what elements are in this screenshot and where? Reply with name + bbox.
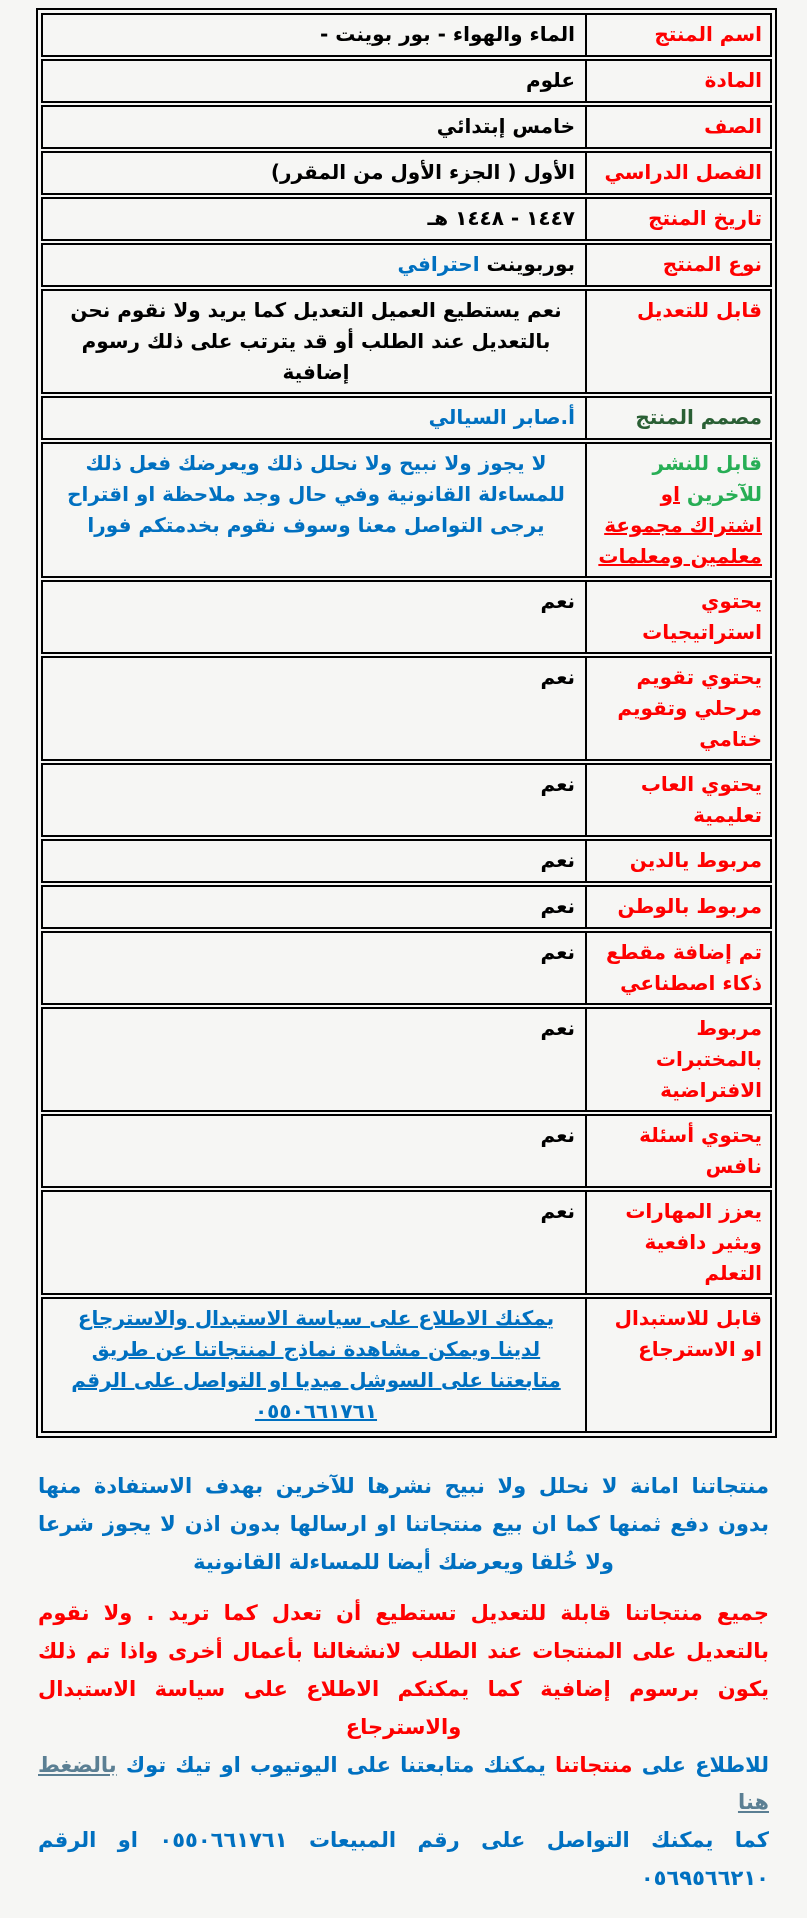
text-span: الأول ( الجزء الأول من المقرر) bbox=[271, 160, 575, 184]
row-value: نعم bbox=[43, 658, 585, 759]
table-row-14: مربوط بالوطن نعم bbox=[41, 885, 772, 929]
text-span: تاريخ المنتج bbox=[648, 206, 762, 230]
row-label: الصف bbox=[585, 107, 770, 147]
row-label: نوع المنتج bbox=[585, 245, 770, 285]
text-span: لا يجوز ولا نبيح ولا نحلل ذلك ويعرضك فعل… bbox=[67, 451, 565, 537]
row-value: الأول ( الجزء الأول من المقرر) bbox=[43, 153, 585, 193]
text-span: المادة bbox=[705, 68, 762, 92]
table-row-8: مصمم المنتج أ.صابر السيالي bbox=[41, 396, 772, 440]
footer-paragraph-ownership: منتجاتنا امانة لا نحلل ولا نبيح نشرها لل… bbox=[38, 1468, 769, 1581]
row-label: اسم المنتج bbox=[585, 15, 770, 55]
row-label: مربوط يالدين bbox=[585, 841, 770, 881]
row-value: ١٤٤٧ - ١٤٤٨ هـ bbox=[43, 199, 585, 239]
text-span: نعم bbox=[541, 1199, 575, 1223]
row-value: يمكنك الاطلاع على سياسة الاستبدال والاست… bbox=[43, 1299, 585, 1431]
row-value: بوربوينت احترافي bbox=[43, 245, 585, 285]
row-value: نعم bbox=[43, 841, 585, 881]
text-span: بوربوينت bbox=[480, 252, 575, 276]
table-row-18: يعزز المهارات ويثير دافعية التعلم نعم bbox=[41, 1190, 772, 1295]
table-row-15: تم إضافة مقطع ذكاء اصطناعي نعم bbox=[41, 931, 772, 1005]
table-row-11: يحتوي تقويم مرحلي وتقويم ختامي نعم bbox=[41, 656, 772, 761]
text-span: علوم bbox=[526, 68, 575, 92]
row-value: لا يجوز ولا نبيح ولا نحلل ذلك ويعرضك فعل… bbox=[43, 444, 585, 576]
text-span: يعزز المهارات ويثير دافعية التعلم bbox=[625, 1199, 762, 1285]
text-span: مصمم المنتج bbox=[635, 405, 762, 429]
text-span: نعم يستطيع العميل التعديل كما يريد ولا ن… bbox=[70, 298, 561, 384]
text-span: يحتوي العاب تعليمية bbox=[641, 772, 762, 827]
row-value: نعم bbox=[43, 933, 585, 1003]
row-label: مربوط بالمختبرات الافتراضية bbox=[585, 1009, 770, 1110]
text-span: ١٤٤٧ - ١٤٤٨ هـ bbox=[427, 206, 575, 230]
row-value: نعم bbox=[43, 887, 585, 927]
text-span: نعم bbox=[541, 894, 575, 918]
table-row-6: نوع المنتج بوربوينت احترافي bbox=[41, 243, 772, 287]
row-value: علوم bbox=[43, 61, 585, 101]
row-label: يحتوي العاب تعليمية bbox=[585, 765, 770, 835]
footer-paragraph-follow: للاطلاع على منتجاتنا يمكنك متابعتنا على … bbox=[38, 1747, 769, 1823]
page: اسم المنتج الماء والهواء - بور بوينت - ا… bbox=[0, 0, 807, 1898]
text-span: يحتوي تقويم مرحلي وتقويم ختامي bbox=[617, 665, 762, 751]
text-span: يحتوي استراتيجيات bbox=[642, 589, 762, 644]
table-row-7: قابل للتعديل نعم يستطيع العميل التعديل ك… bbox=[41, 289, 772, 394]
follow-text: للاطلاع على bbox=[633, 1753, 769, 1777]
text-span: نوع المنتج bbox=[663, 252, 762, 276]
text-span: مربوط بالمختبرات الافتراضية bbox=[656, 1016, 762, 1102]
text-span: نعم bbox=[541, 1123, 575, 1147]
row-label: الفصل الدراسي bbox=[585, 153, 770, 193]
text-span: قابل للتعديل bbox=[637, 298, 762, 322]
table-row-16: مربوط بالمختبرات الافتراضية نعم bbox=[41, 1007, 772, 1112]
row-label: يحتوي أسئلة نافس bbox=[585, 1116, 770, 1186]
table-row-19: قابل للاستبدال او الاسترجاع يمكنك الاطلا… bbox=[41, 1297, 772, 1433]
footer-notes: منتجاتنا امانة لا نحلل ولا نبيح نشرها لل… bbox=[38, 1468, 769, 1898]
text-span: نعم bbox=[541, 589, 575, 613]
ownership-warning-text: منتجاتنا امانة لا نحلل ولا نبيح نشرها لل… bbox=[38, 1474, 769, 1574]
row-value: خامس إبتدائي bbox=[43, 107, 585, 147]
editing-policy-text: جميع منتجاتنا قابلة للتعديل تستطيع أن تع… bbox=[38, 1601, 769, 1738]
row-value: نعم bbox=[43, 1009, 585, 1110]
row-label: قابل للتعديل bbox=[585, 291, 770, 392]
text-span: نعم bbox=[541, 1016, 575, 1040]
table-row-9: قابل للنشر للآخرين او اشتراك مجموعة معلم… bbox=[41, 442, 772, 578]
table-row-2: المادة علوم bbox=[41, 59, 772, 103]
text-span: احترافي bbox=[398, 252, 480, 276]
row-value: أ.صابر السيالي bbox=[43, 398, 585, 438]
text-span: مربوط يالدين bbox=[630, 848, 762, 872]
text-span: أ.صابر السيالي bbox=[429, 405, 575, 429]
exchange-policy-text: يمكنك الاطلاع على سياسة الاستبدال والاست… bbox=[71, 1306, 560, 1423]
table-row-5: تاريخ المنتج ١٤٤٧ - ١٤٤٨ هـ bbox=[41, 197, 772, 241]
row-label: يعزز المهارات ويثير دافعية التعلم bbox=[585, 1192, 770, 1293]
products-word: منتجاتنا bbox=[555, 1753, 633, 1777]
product-table: اسم المنتج الماء والهواء - بور بوينت - ا… bbox=[36, 8, 777, 1438]
table-row-12: يحتوي العاب تعليمية نعم bbox=[41, 763, 772, 837]
sales-phone-text: كما يمكنك التواصل على رقم المبيعات ٠٥٥٠٦… bbox=[38, 1828, 769, 1890]
text-span: الماء والهواء - بور بوينت - bbox=[320, 22, 575, 46]
text-span: الفصل الدراسي bbox=[605, 160, 762, 184]
row-value: نعم bbox=[43, 1116, 585, 1186]
row-value: نعم bbox=[43, 765, 585, 835]
table-row-1: اسم المنتج الماء والهواء - بور بوينت - bbox=[41, 13, 772, 57]
row-value: الماء والهواء - بور بوينت - bbox=[43, 15, 585, 55]
row-label: قابل للاستبدال او الاسترجاع bbox=[585, 1299, 770, 1431]
table-row-3: الصف خامس إبتدائي bbox=[41, 105, 772, 149]
row-label: مربوط بالوطن bbox=[585, 887, 770, 927]
text-span: مربوط بالوطن bbox=[617, 894, 762, 918]
follow-text: يمكنك متابعتنا على اليوتيوب او تيك توك bbox=[117, 1753, 555, 1777]
row-label: مصمم المنتج bbox=[585, 398, 770, 438]
row-label: يحتوي استراتيجيات bbox=[585, 582, 770, 652]
text-span: نعم bbox=[541, 848, 575, 872]
table-row-10: يحتوي استراتيجيات نعم bbox=[41, 580, 772, 654]
row-value: نعم bbox=[43, 1192, 585, 1293]
footer-paragraph-contact: كما يمكنك التواصل على رقم المبيعات ٠٥٥٠٦… bbox=[38, 1822, 769, 1898]
text-span: قابل للاستبدال او الاسترجاع bbox=[615, 1306, 762, 1361]
table-row-4: الفصل الدراسي الأول ( الجزء الأول من الم… bbox=[41, 151, 772, 195]
table-row-13: مربوط يالدين نعم bbox=[41, 839, 772, 883]
text-span: خامس إبتدائي bbox=[437, 114, 575, 138]
row-label: تاريخ المنتج bbox=[585, 199, 770, 239]
text-span: نعم bbox=[541, 665, 575, 689]
text-span: تم إضافة مقطع ذكاء اصطناعي bbox=[606, 940, 762, 995]
text-span: يحتوي أسئلة نافس bbox=[639, 1123, 762, 1178]
text-span: الصف bbox=[704, 114, 762, 138]
text-span: اسم المنتج bbox=[654, 22, 762, 46]
row-value: نعم يستطيع العميل التعديل كما يريد ولا ن… bbox=[43, 291, 585, 392]
row-value: نعم bbox=[43, 582, 585, 652]
row-label: المادة bbox=[585, 61, 770, 101]
row-label: قابل للنشر للآخرين او اشتراك مجموعة معلم… bbox=[585, 444, 770, 576]
text-span: نعم bbox=[541, 772, 575, 796]
text-span: نعم bbox=[541, 940, 575, 964]
row-label: يحتوي تقويم مرحلي وتقويم ختامي bbox=[585, 658, 770, 759]
table-row-17: يحتوي أسئلة نافس نعم bbox=[41, 1114, 772, 1188]
footer-paragraph-editing: جميع منتجاتنا قابلة للتعديل تستطيع أن تع… bbox=[38, 1595, 769, 1746]
row-label: تم إضافة مقطع ذكاء اصطناعي bbox=[585, 933, 770, 1003]
